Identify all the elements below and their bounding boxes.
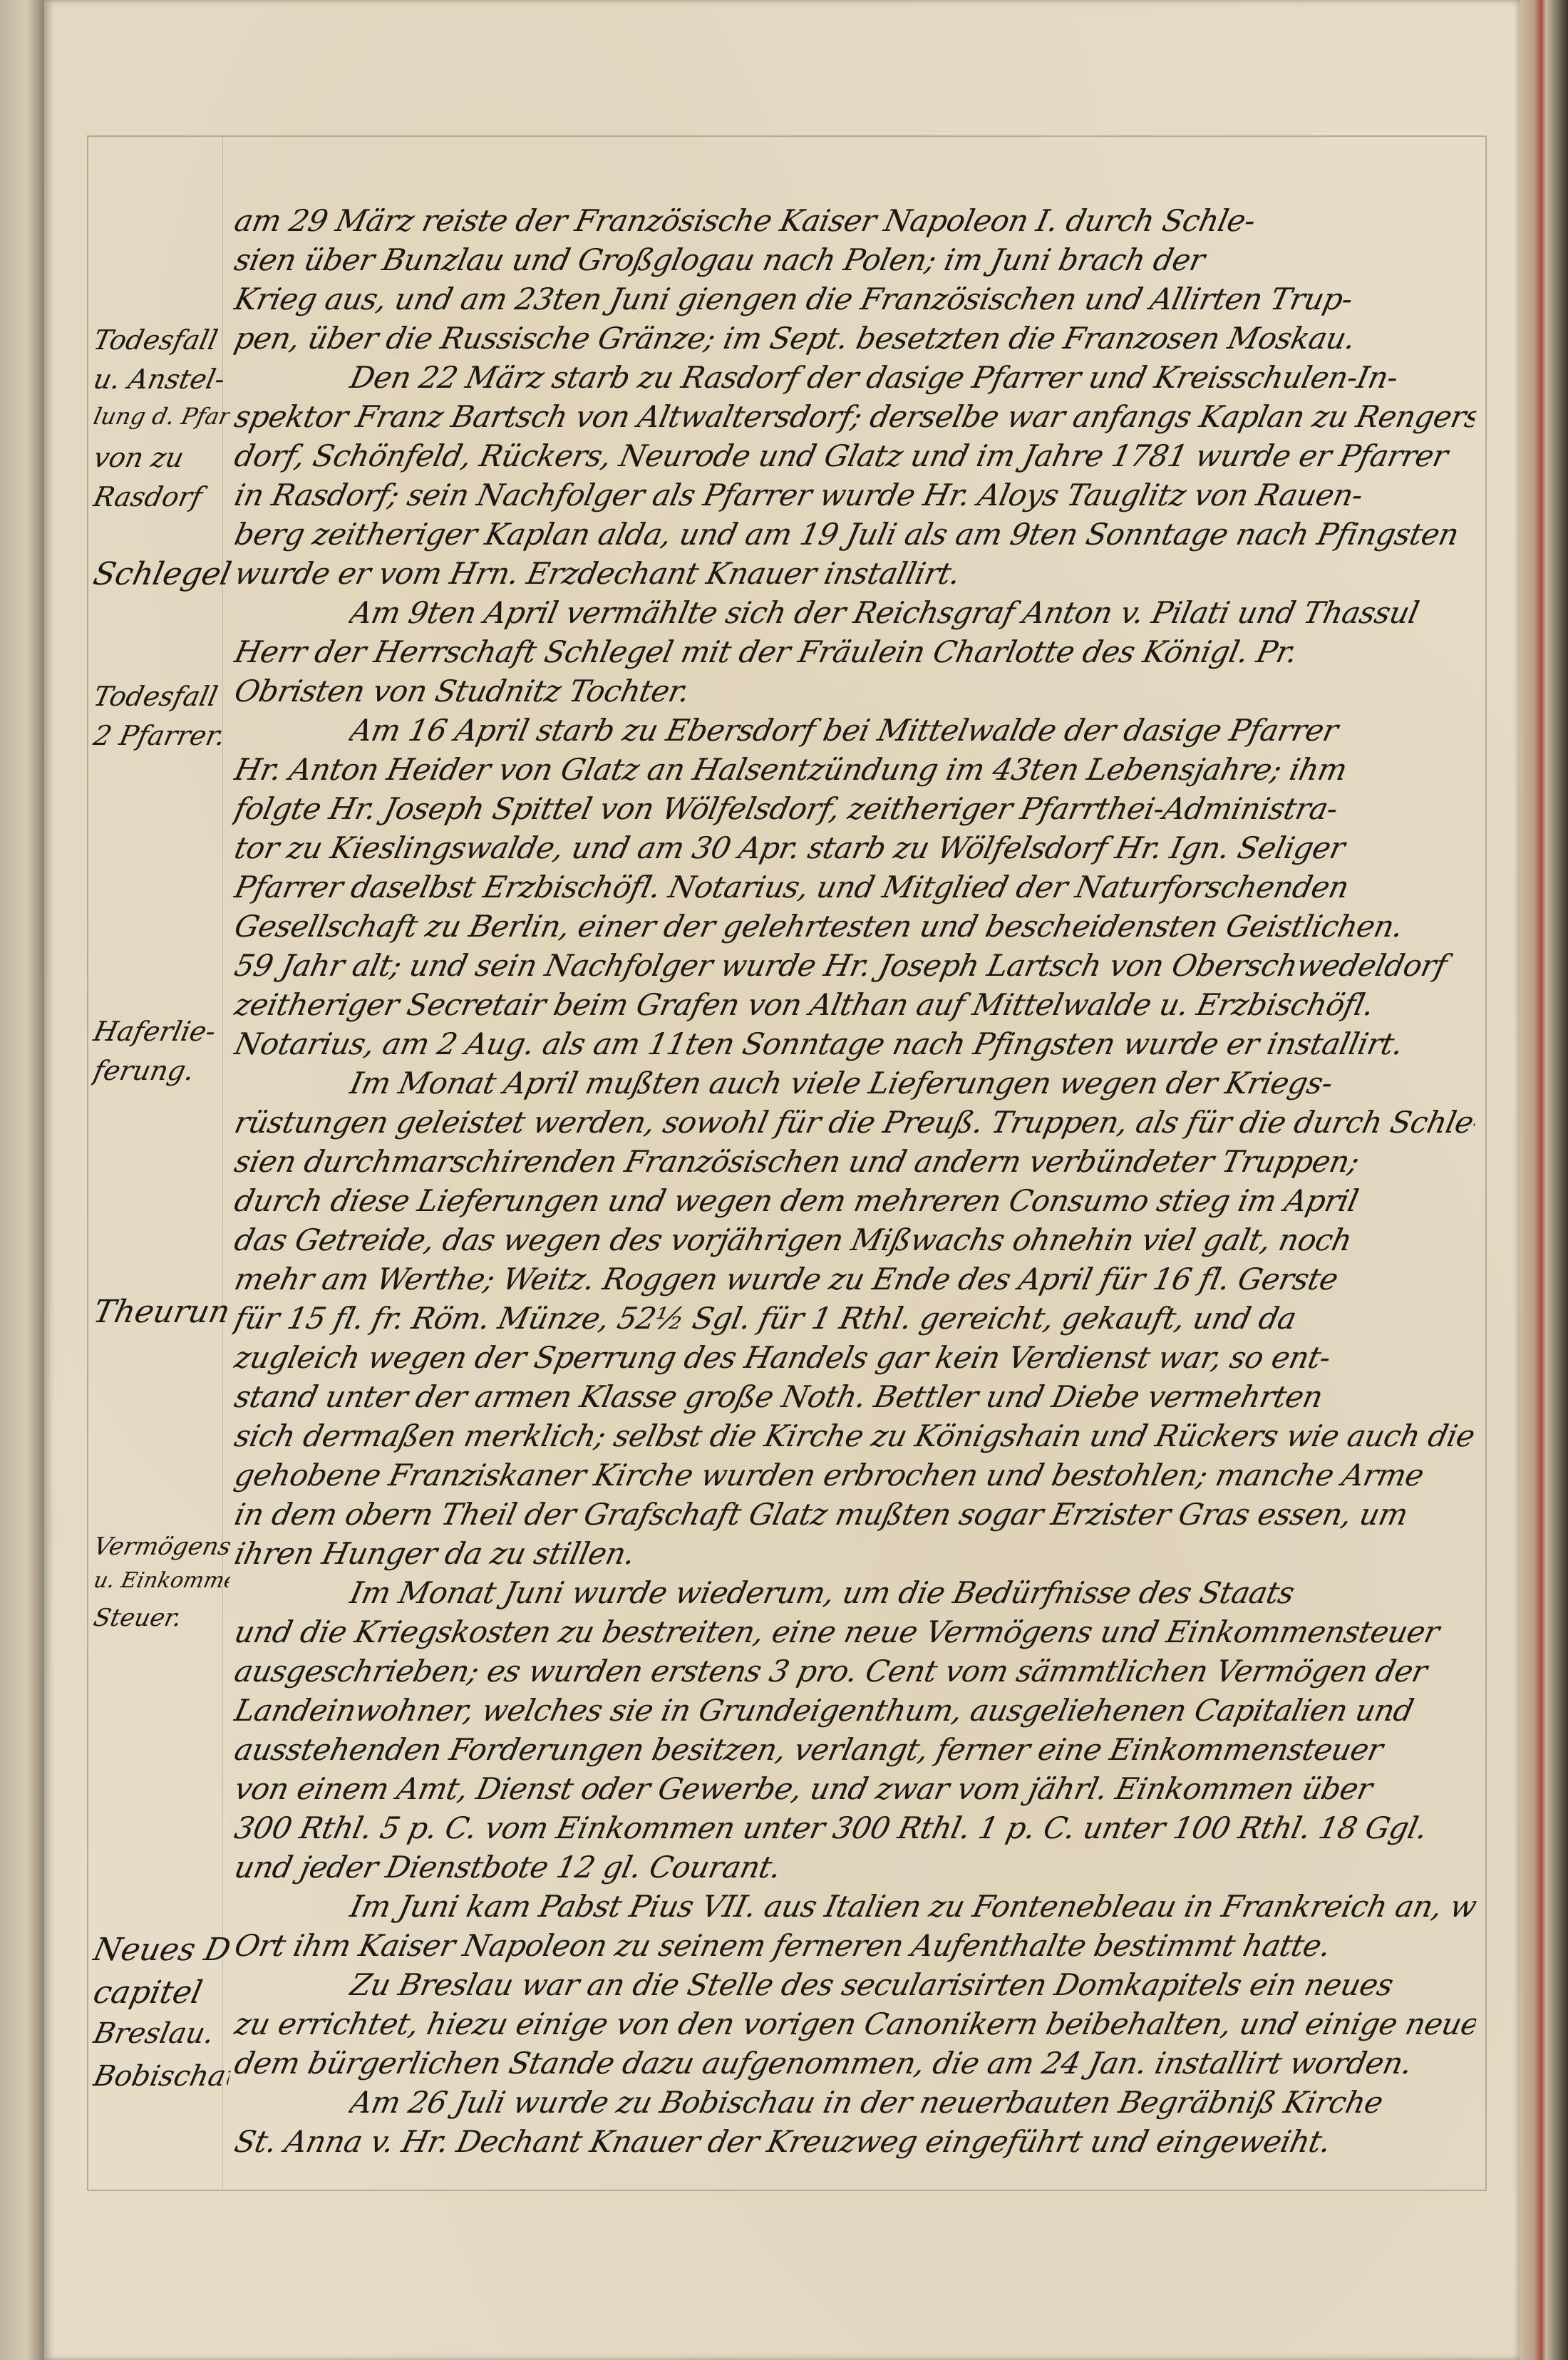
text-line: Gesellschaft zu Berlin, einer der gelehr…: [232, 909, 1479, 944]
text-line: tor zu Kieslingswalde, und am 30 Apr. st…: [232, 830, 1479, 865]
book-right-edge: [1520, 0, 1568, 2360]
text-line: mehr am Werthe; Weitz. Roggen wurde zu E…: [232, 1262, 1479, 1297]
text-line: Im Monat April mußten auch viele Lieferu…: [347, 1066, 1480, 1101]
margin-note-todesfall-2: Todesfall: [91, 681, 232, 712]
text-line: dem bürgerlichen Stande dazu aufgenommen…: [232, 2046, 1479, 2081]
text-line: Landeinwohner, welches sie in Grundeigen…: [232, 1693, 1479, 1728]
margin-note-todesfall-1: von zu: [91, 442, 232, 473]
text-line: in Rasdorf; sein Nachfolger als Pfarrer …: [232, 478, 1479, 512]
text-line: Ort ihm Kaiser Napoleon zu seinem ferner…: [232, 1928, 1479, 1963]
text-line: Im Juni kam Pabst Pius VII. aus Italien …: [347, 1889, 1480, 1924]
text-line: am 29 März reiste der Französische Kaise…: [232, 203, 1479, 238]
text-line: zugleich wegen der Sperrung des Handels …: [232, 1340, 1479, 1375]
text-line: ausgeschrieben; es wurden erstens 3 pro.…: [232, 1654, 1479, 1689]
text-line: rüstungen geleistet werden, sowohl für d…: [232, 1105, 1479, 1140]
margin-note-bobischau: Bobischau.: [91, 2060, 233, 2093]
margin-note-domcapitel: capitel: [91, 1974, 234, 2011]
text-line: St. Anna v. Hr. Dechant Knauer der Kreuz…: [232, 2124, 1479, 2159]
left-page-edge: [0, 0, 44, 2360]
text-line: für 15 fl. fr. Röm. Münze, 52½ Sgl. für …: [232, 1301, 1479, 1336]
text-line: Am 26 Juli wurde zu Bobischau in der neu…: [347, 2085, 1480, 2120]
text-line: Zu Breslau war an die Stelle des secular…: [347, 1967, 1480, 2002]
text-line: Am 9ten April vermählte sich der Reichsg…: [347, 595, 1480, 630]
text-line: gehobene Franziskaner Kirche wurden erbr…: [232, 1458, 1479, 1493]
text-line: und jeder Dienstbote 12 gl. Courant.: [232, 1850, 1479, 1885]
text-line: Im Monat Juni wurde wiederum, um die Bed…: [347, 1575, 1480, 1610]
margin-note-schlegel: Schlegel.: [91, 556, 234, 592]
margin-note-steuer: Vermögens: [91, 1532, 233, 1561]
text-line: berg zeitheriger Kaplan alda, und am 19 …: [232, 517, 1479, 552]
text-line: 59 Jahr alt; und sein Nachfolger wurde H…: [232, 948, 1479, 983]
margin-note-todesfall-1: Rasdorf: [91, 481, 232, 512]
text-line: 300 Rthl. 5 p. C. vom Einkommen unter 30…: [232, 1810, 1479, 1845]
text-line: zeitheriger Secretair beim Grafen von Al…: [232, 987, 1479, 1022]
text-line: sien über Bunzlau und Großglogau nach Po…: [232, 242, 1479, 277]
text-line: stand unter der armen Klasse große Noth.…: [232, 1379, 1479, 1414]
margin-note-todesfall-1: lung d. Pfarrers: [91, 403, 232, 430]
text-line: Pfarrer daselbst Erzbischöfl. Notarius, …: [232, 870, 1479, 905]
text-line: pen, über die Russische Gränze; im Sept.…: [232, 321, 1479, 356]
text-line: Krieg aus, und am 23ten Juni giengen die…: [232, 282, 1479, 316]
manuscript-page: Todesfall u. Anstel- lung d. Pfarrers vo…: [44, 0, 1520, 2360]
text-line: Obristen von Studnitz Tochter.: [232, 674, 1479, 708]
text-line: sich dermaßen merklich; selbst die Kirch…: [232, 1418, 1479, 1453]
text-line: wurde er vom Hrn. Erzdechant Knauer inst…: [232, 556, 1479, 591]
margin-note-haferlieferung: ferung.: [91, 1055, 232, 1086]
text-line: durch diese Lieferungen und wegen dem me…: [232, 1183, 1479, 1218]
text-line: Notarius, am 2 Aug. als am 11ten Sonntag…: [232, 1026, 1479, 1061]
margin-note-steuer: Steuer.: [91, 1604, 233, 1632]
margin-note-domcapitel: Breslau.: [91, 2017, 233, 2050]
text-line: zu errichtet, hiezu einige von den vorig…: [232, 2006, 1479, 2041]
margin-note-todesfall-1: u. Anstel-: [91, 364, 232, 395]
text-line: ihren Hunger da zu stillen.: [232, 1536, 1479, 1571]
text-line: in dem obern Theil der Grafschaft Glatz …: [232, 1497, 1479, 1532]
margin-note-todesfall-1: Todesfall: [91, 324, 232, 356]
text-line: spektor Franz Bartsch von Altwaltersdorf…: [232, 399, 1479, 434]
margin-note-todesfall-2: 2 Pfarrer.: [91, 720, 232, 751]
margin-note-domcapitel: Neues Dom-: [91, 1932, 234, 1968]
text-line: sien durchmarschirenden Französischen un…: [232, 1144, 1479, 1179]
text-line: dorf, Schönfeld, Rückers, Neurode und Gl…: [232, 438, 1479, 473]
text-line: Hr. Anton Heider von Glatz an Halsentzün…: [232, 752, 1479, 787]
text-line: Am 16 April starb zu Ebersdorf bei Mitte…: [347, 713, 1480, 748]
margin-note-theurung: Theurung.: [91, 1294, 234, 1330]
text-line: das Getreide, das wegen des vorjährigen …: [232, 1222, 1479, 1257]
text-line: Herr der Herrschaft Schlegel mit der Frä…: [232, 634, 1479, 669]
margin-note-steuer: u. Einkommen: [91, 1568, 232, 1593]
text-line: und die Kriegskosten zu bestreiten, eine…: [232, 1614, 1479, 1649]
text-line: Den 22 März starb zu Rasdorf der dasige …: [347, 360, 1480, 395]
margin-note-haferlieferung: Haferlie-: [91, 1016, 232, 1047]
text-line: folgte Hr. Joseph Spittel von Wölfelsdor…: [232, 791, 1479, 826]
text-line: ausstehenden Forderungen besitzen, verla…: [232, 1732, 1479, 1767]
text-line: von einem Amt, Dienst oder Gewerbe, und …: [232, 1771, 1479, 1806]
